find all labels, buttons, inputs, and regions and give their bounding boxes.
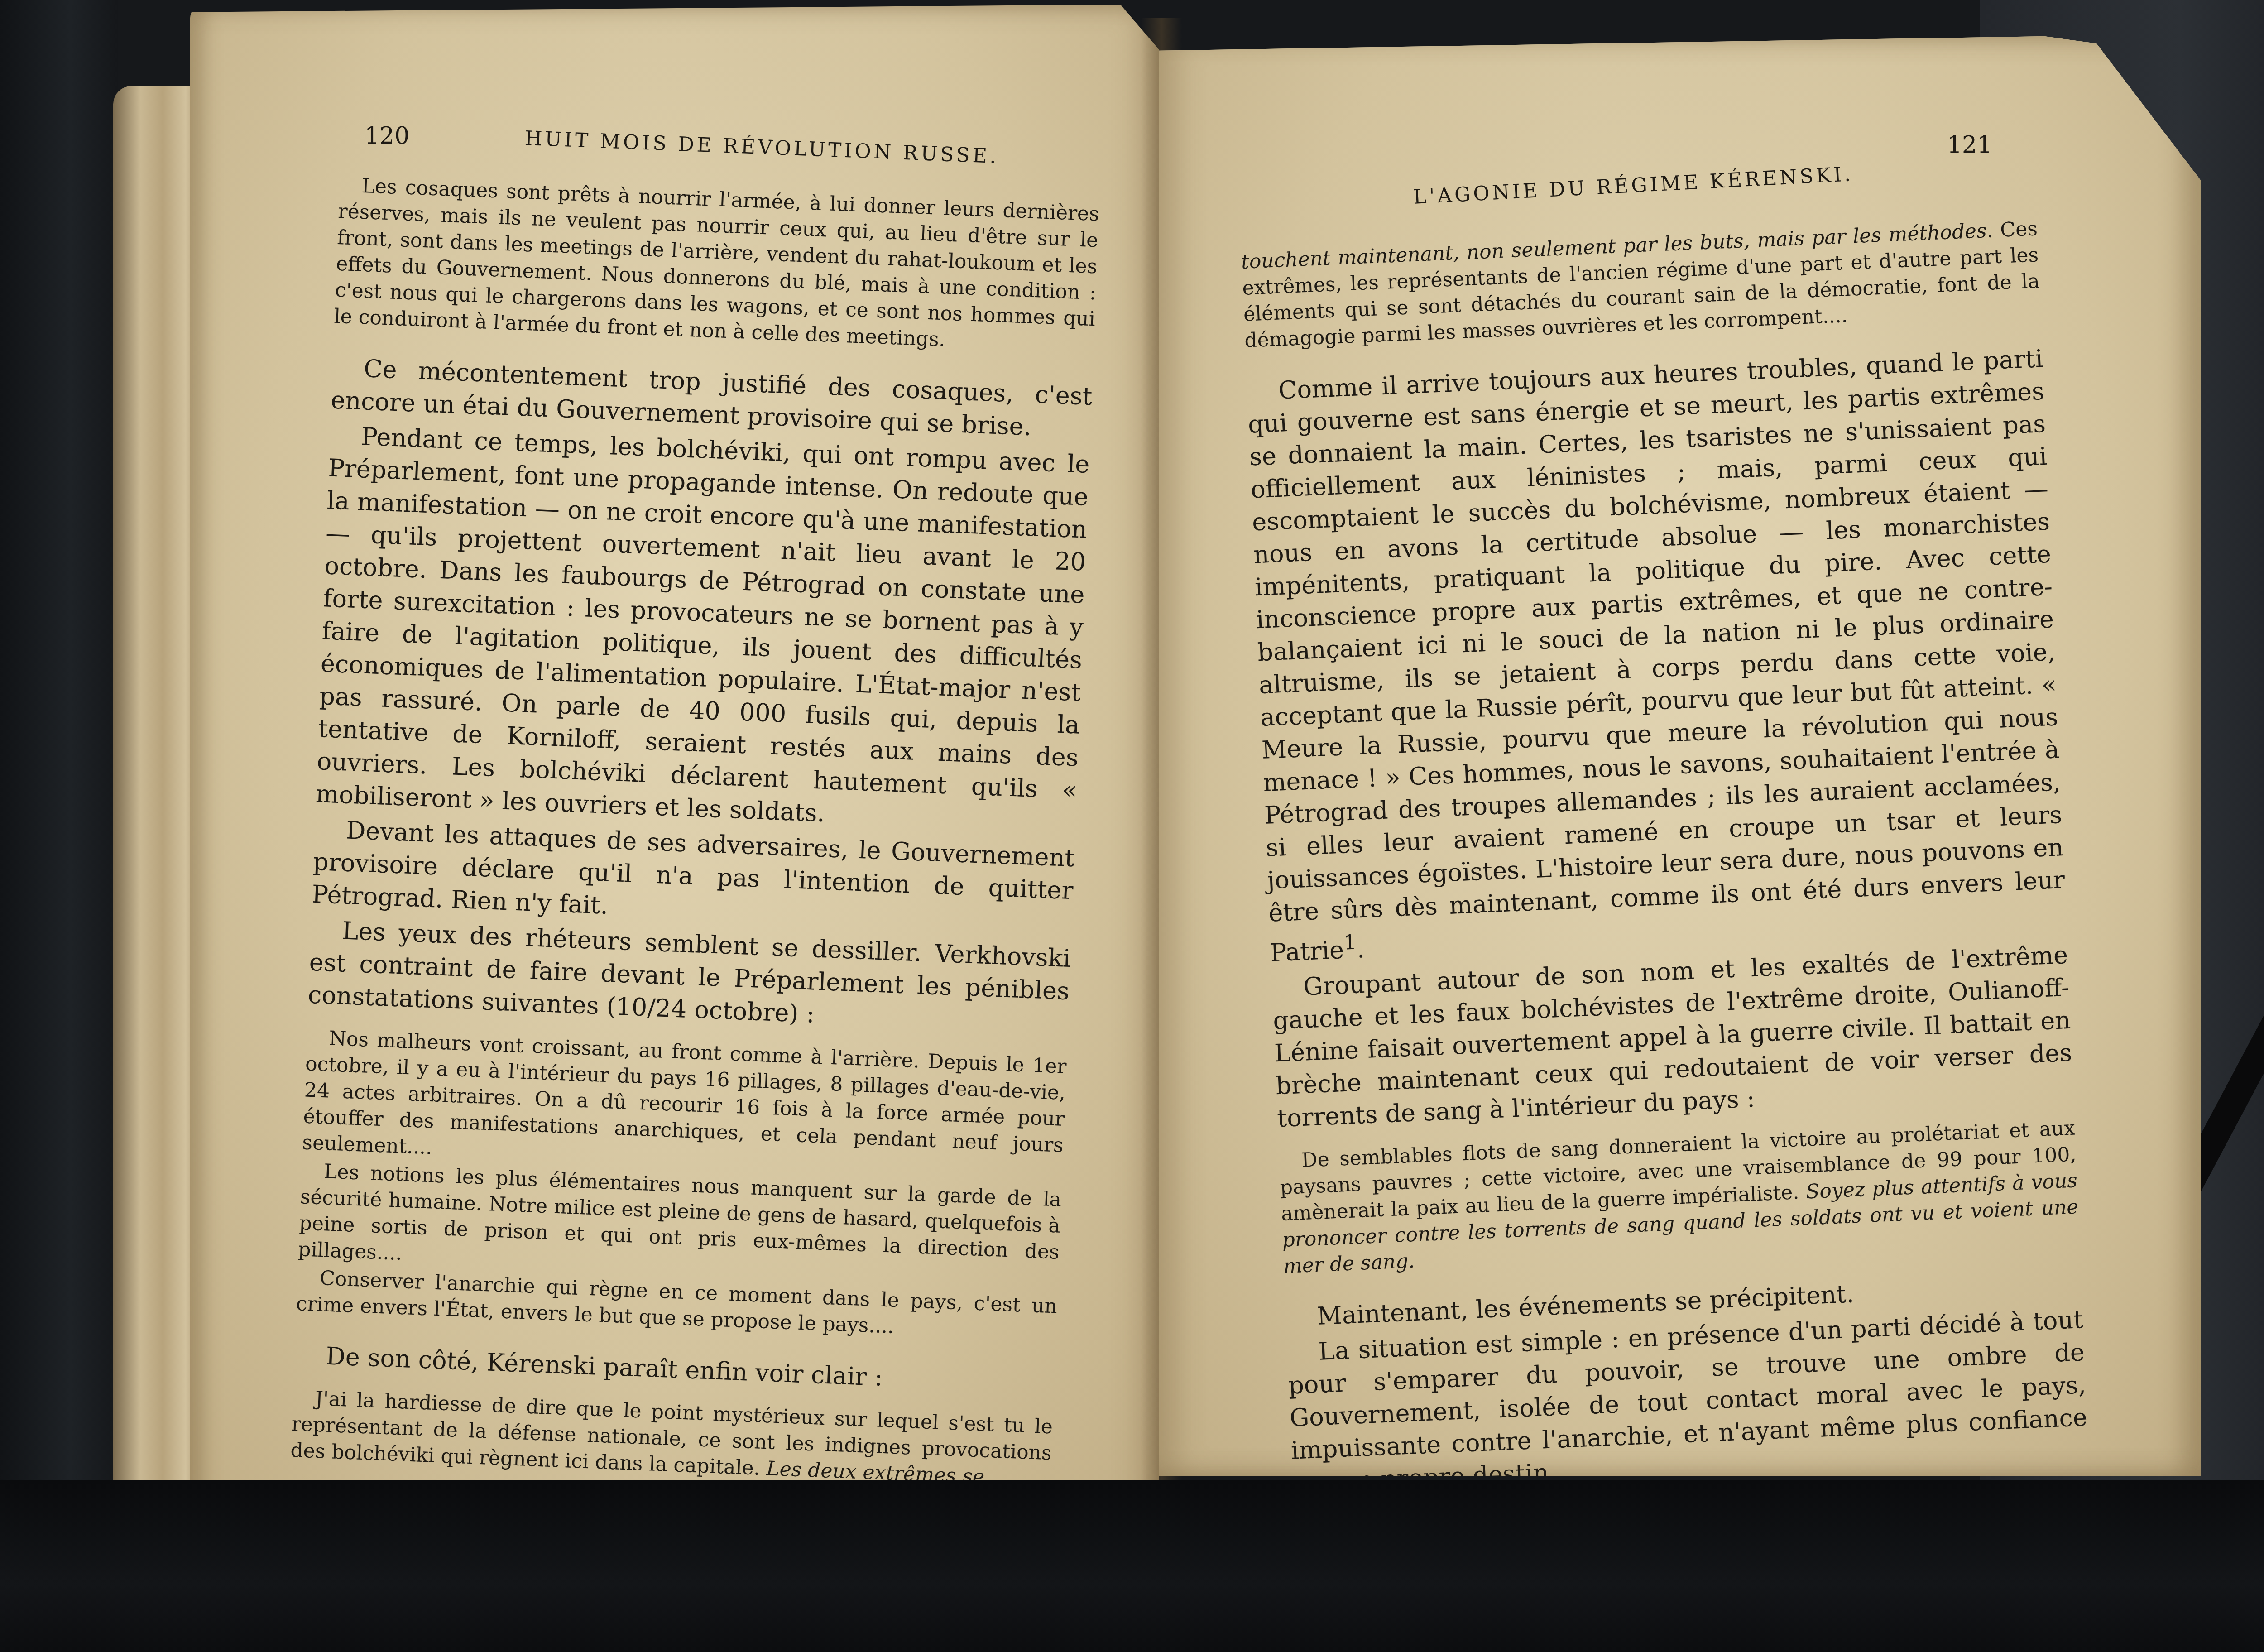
quote-block: J'ai la hardiesse de dire que le point m… [290, 1385, 1053, 1493]
right-page: 121 L'AGONIE DU RÉGIME KÉRENSKI. touchen… [1159, 36, 2201, 1476]
book-holder-left [0, 0, 118, 1652]
quote-paragraph: Nos malheurs vont croissant, au front co… [302, 1025, 1067, 1185]
running-head: L'AGONIE DU RÉGIME KÉRENSKI. [1413, 163, 1854, 209]
quote-block: touchent maintenant, non seulement par l… [1241, 216, 2041, 354]
page-number: 121 [1947, 131, 1992, 158]
quote-block: Les cosaques sont prêts à nourrir l'armé… [334, 172, 1100, 359]
paragraph: Pendant ce temps, les bolchéviki, qui on… [315, 419, 1090, 840]
quote-paragraph: De semblables flots de sang donneraient … [1278, 1115, 2080, 1280]
paragraph: Comme il arrive toujours aux heures trou… [1246, 342, 2067, 970]
right-body: touchent maintenant, non seulement par l… [1241, 216, 2092, 1560]
quote-block: Nos malheurs vont croissant, au front co… [296, 1025, 1067, 1346]
paragraph: Groupant autour de son nom et les exalté… [1271, 939, 2074, 1135]
quote-paragraph: J'ai la hardiesse de dire que le point m… [290, 1385, 1053, 1493]
left-body: Les cosaques sont prêts à nourrir l'armé… [290, 172, 1099, 1494]
quote-paragraph: Les cosaques sont prêts à nourrir l'armé… [334, 172, 1100, 359]
book-holder-bottom [0, 1480, 2264, 1652]
left-page: 120 HUIT MOIS DE RÉVOLUTION RUSSE. Les c… [190, 5, 1159, 1513]
quote-block: De semblables flots de sang donneraient … [1278, 1115, 2080, 1280]
paragraph: La situation est simple : en présence d'… [1286, 1303, 2090, 1499]
running-head: HUIT MOIS DE RÉVOLUTION RUSSE. [524, 127, 999, 168]
footnote-marker[interactable]: 1 [1343, 930, 1357, 955]
quote-paragraph: touchent maintenant, non seulement par l… [1241, 216, 2041, 354]
page-number: 120 [365, 122, 409, 149]
